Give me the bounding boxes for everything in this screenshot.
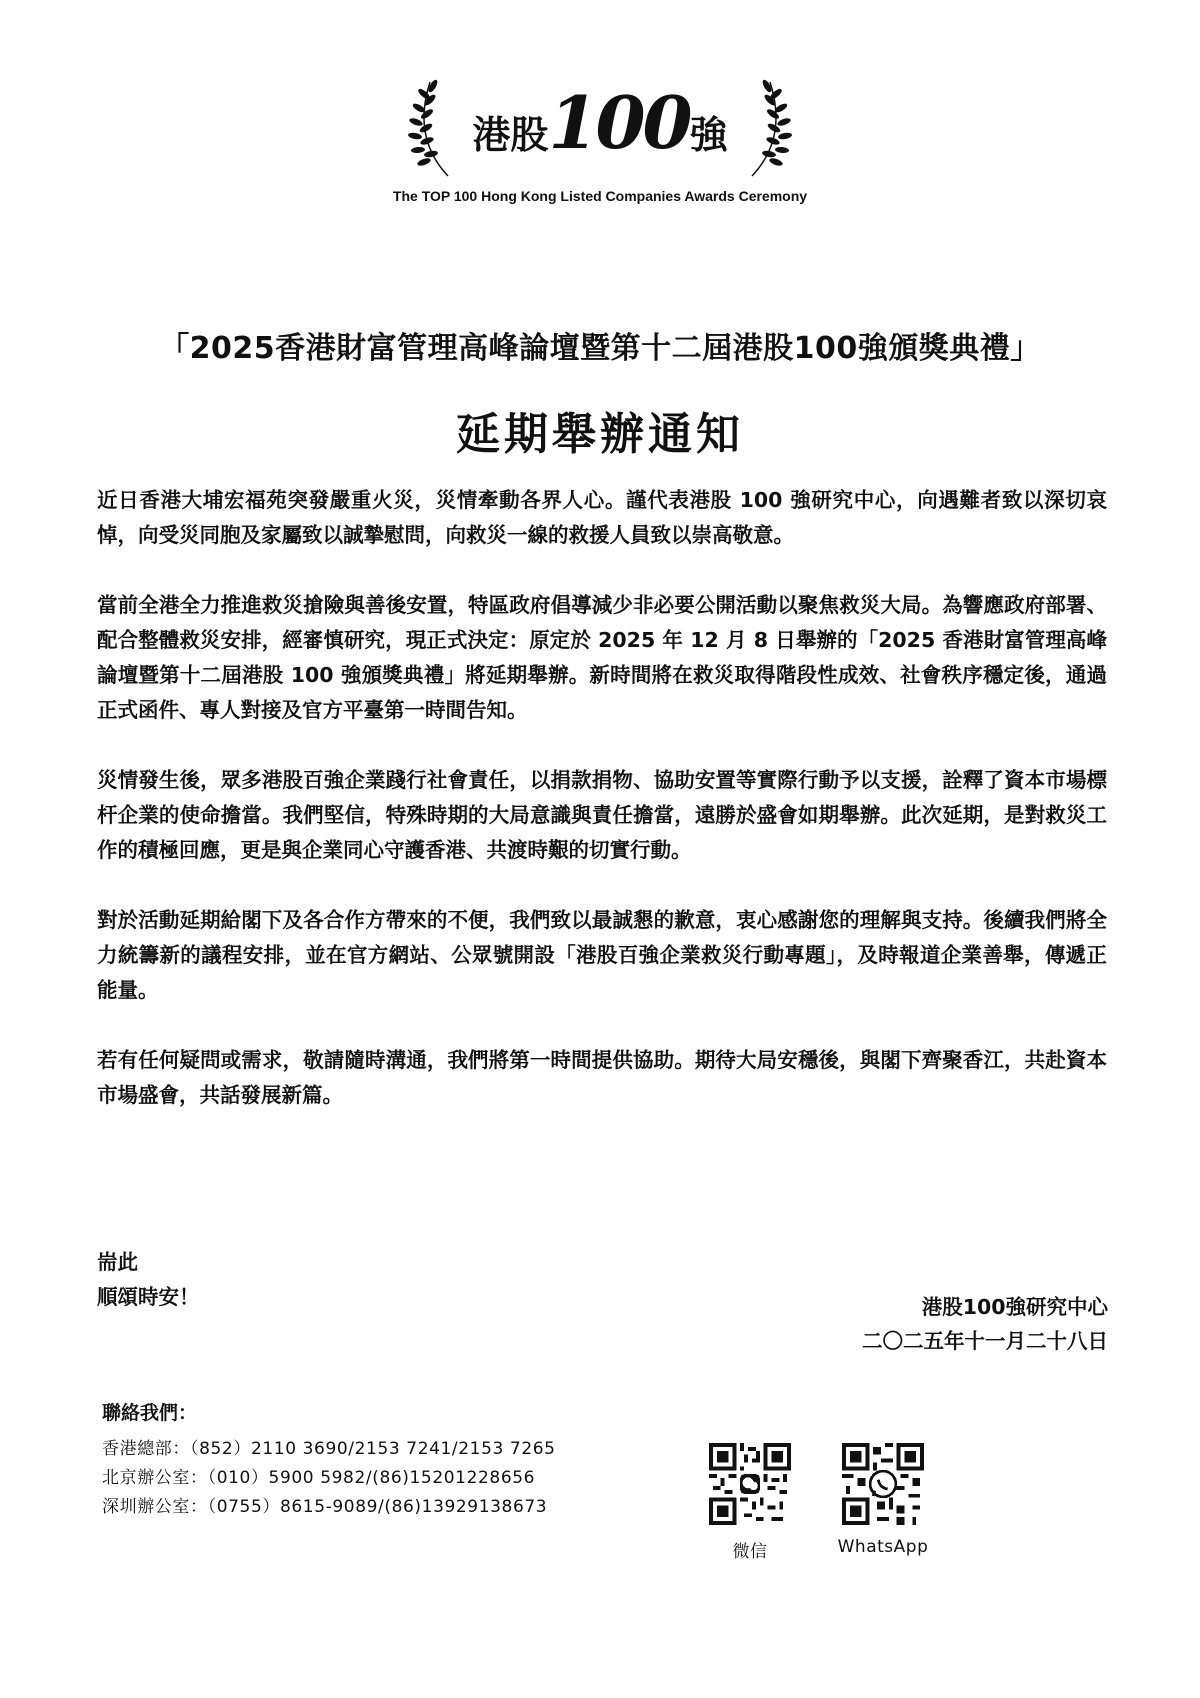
paragraph-postponement: 當前全港全力推進救災搶險與善後安置，特區政府倡導減少非必要公開活動以聚焦救災大局…	[97, 588, 1107, 728]
paragraph-apology: 對於活動延期給閣下及各合作方帶來的不便，我們致以最誠懇的歉意，衷心感謝您的理解與…	[97, 903, 1107, 1008]
paragraph-contact-invite: 若有任何疑問或需求，敬請隨時溝通，我們將第一時間提供協助。期待大局安穩後，與閣下…	[97, 1043, 1107, 1113]
closing-block: 耑此 順頌時安！	[97, 1245, 200, 1315]
closing-line-2: 順頌時安！	[97, 1280, 200, 1315]
wechat-qr-code[interactable]	[709, 1443, 791, 1525]
paragraph-condolence: 近日香港大埔宏福苑突發嚴重火災，災情牽動各界人心。謹代表港股 100 強研究中心…	[97, 483, 1107, 553]
event-logo: 港股100強 The TOP 100 Hong Kong Listed Comp…	[380, 70, 820, 210]
document-body: 近日香港大埔宏福苑突發嚴重火災，災情牽動各界人心。謹代表港股 100 強研究中心…	[97, 483, 1107, 1148]
whatsapp-qr-block: WhatsApp	[833, 1443, 933, 1557]
closing-line-1: 耑此	[97, 1245, 200, 1280]
signature-date: 二〇二五年十一月二十八日	[862, 1324, 1108, 1358]
logo-subtitle: The TOP 100 Hong Kong Listed Companies A…	[360, 188, 840, 204]
contact-hk-hq: 香港總部：（852）2110 3690/2153 7241/2153 7265	[102, 1435, 556, 1464]
logo-cn-prefix: 港股	[472, 112, 548, 157]
contact-beijing-office: 北京辦公室：（010）5900 5982/(86)15201228656	[102, 1464, 556, 1493]
document-title: 「2025香港財富管理高峰論壇暨第十二屆港股100強頒獎典禮」	[0, 323, 1200, 367]
logo-number: 100	[548, 80, 689, 165]
logo-cn-suffix: 強	[690, 112, 728, 157]
laurel-right-icon	[740, 78, 800, 178]
paragraph-responsibility: 災情發生後，眾多港股百強企業踐行社會責任，以捐款捐物、協助安置等實際行動予以支援…	[97, 763, 1107, 868]
wechat-label: 微信	[705, 1537, 795, 1562]
contact-title: 聯絡我們：	[102, 1398, 556, 1425]
contact-shenzhen-office: 深圳辦公室：（0755）8615-9089/(86)13929138673	[102, 1493, 556, 1522]
signature-org: 港股100強研究中心	[862, 1290, 1108, 1324]
contact-section: 聯絡我們： 香港總部：（852）2110 3690/2153 7241/2153…	[102, 1398, 556, 1522]
whatsapp-label: WhatsApp	[833, 1537, 933, 1557]
wechat-qr-block: 微信	[705, 1443, 795, 1562]
signature-block: 港股100強研究中心 二〇二五年十一月二十八日	[862, 1290, 1108, 1358]
whatsapp-icon	[870, 1471, 896, 1497]
whatsapp-qr-code[interactable]	[842, 1443, 924, 1525]
document-subtitle: 延期舉辦通知	[0, 398, 1200, 462]
